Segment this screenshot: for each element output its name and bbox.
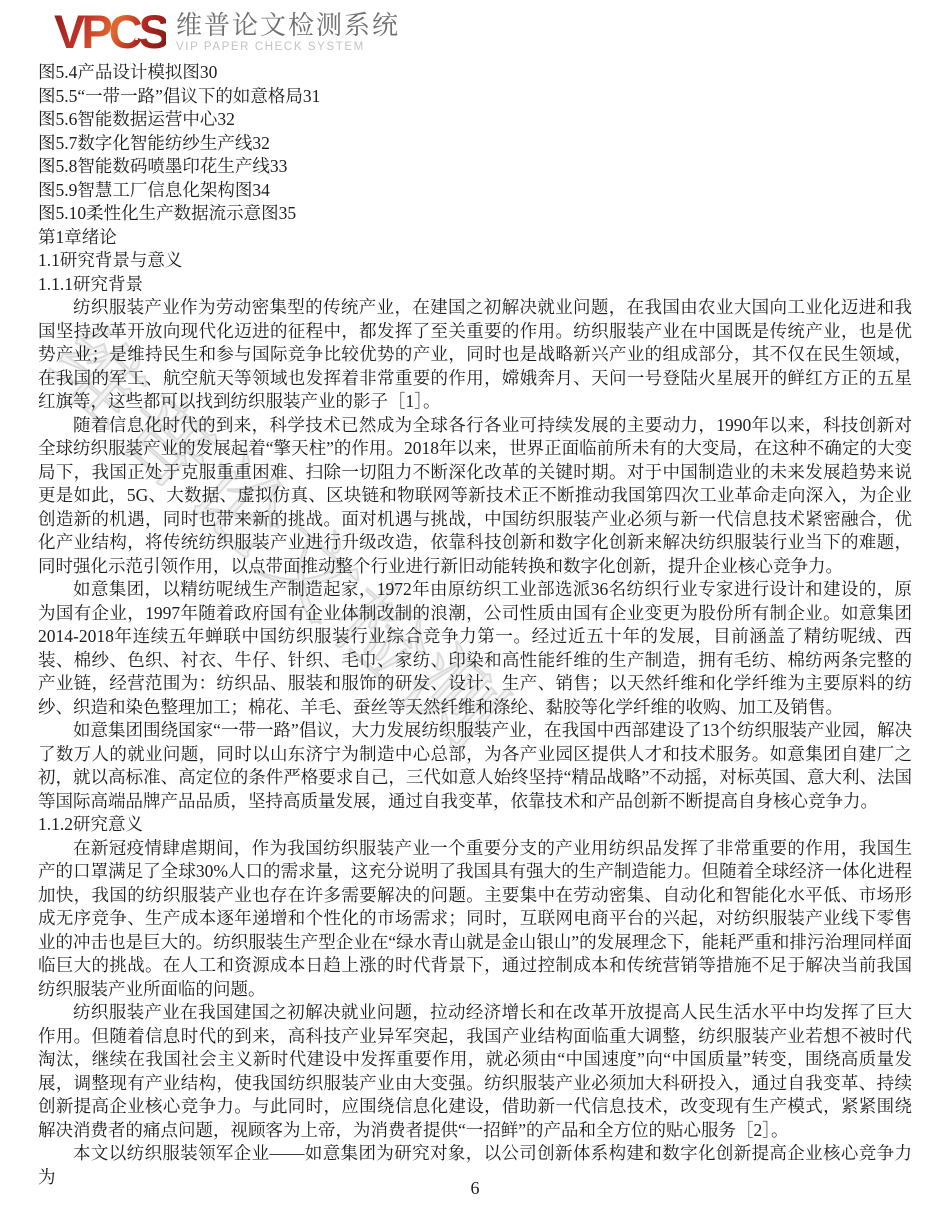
logo: VPCS + 维普论文检测系统 VIP PAPER CHECK SYSTEM [54,8,400,55]
page-number: 6 [0,1178,950,1199]
body-paragraph: 在新冠疫情肆虐期间，作为我国纺织服装产业一个重要分支的产业用纺织品发挥了非常重要… [38,837,912,1002]
body-paragraph: 纺织服装产业作为劳动密集型的传统产业，在建国之初解决就业问题，在我国由农业大国向… [38,296,912,414]
logo-title-cn: 维普论文检测系统 [176,11,400,40]
list-line: 图5.5“一带一路”倡议下的如意格局31 [38,85,912,109]
logo-acronym: VPCS + [54,8,166,55]
list-line: 图5.8智能数码喷墨印花生产线33 [38,155,912,179]
list-line: 图5.10柔性化生产数据流示意图35 [38,202,912,226]
body-paragraph: 随着信息化时代的到来，科学技术已然成为全球各行各业可持续发展的主要动力，1990… [38,414,912,579]
section-heading: 1.1.2研究意义 [38,813,912,837]
body-paragraph: 如意集团围绕国家“一带一路”倡议，大力发展纺织服装产业，在我国中西部建设了13个… [38,719,912,813]
logo-acronym-text: VPCS [54,5,166,58]
body-paragraph: 如意集团，以精纺呢绒生产制造起家，1972年由原纺织工业部选派36名纺织行业专家… [38,578,912,719]
section-heading: 第1章绪论 [38,226,912,250]
plus-cross-icon: + [130,24,143,46]
logo-text-block: 维普论文检测系统 VIP PAPER CHECK SYSTEM [176,8,400,53]
logo-subtitle-en: VIP PAPER CHECK SYSTEM [176,41,400,53]
section-heading: 1.1研究背景与意义 [38,249,912,273]
list-line: 图5.7数字化智能纺纱生产线32 [38,132,912,156]
list-line: 图5.6智能数据运营中心32 [38,108,912,132]
body-paragraph: 纺织服装产业在我国建国之初解决就业问题，拉动经济增长和在改革开放提高人民生活水平… [38,1001,912,1142]
list-line: 图5.4产品设计模拟图30 [38,61,912,85]
document-body: 图5.4产品设计模拟图30图5.5“一带一路”倡议下的如意格局31图5.6智能数… [38,61,912,1189]
section-heading: 1.1.1研究背景 [38,273,912,297]
list-line: 图5.9智慧工厂信息化架构图34 [38,179,912,203]
